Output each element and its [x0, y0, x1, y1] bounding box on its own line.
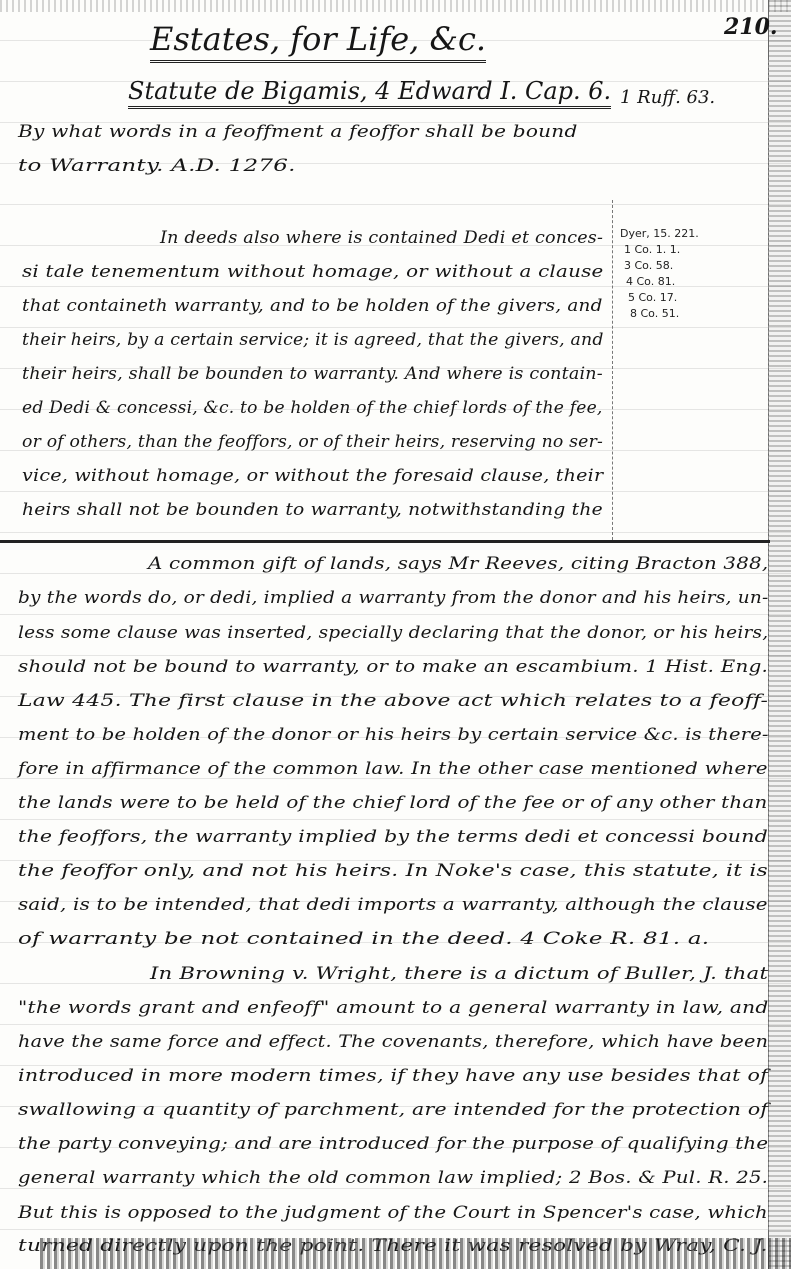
- text-line: of warranty be not contained in the deed…: [18, 929, 709, 949]
- text-line: Law 445. The first clause in the above a…: [18, 691, 768, 711]
- page-title: Estates, for Life, &c.: [150, 20, 486, 63]
- text-line: "the words grant and enfeoff" amount to …: [18, 998, 769, 1018]
- text-line: the lands were to be held of the chief l…: [18, 793, 768, 813]
- text-line: fore in affirmance of the common law. In…: [18, 759, 768, 779]
- marginal-citations: Dyer, 15. 221. 1 Co. 1. 1. 3 Co. 58. 4 C…: [620, 226, 699, 322]
- manuscript-page: 210. Estates, for Life, &c. Statute de B…: [0, 0, 791, 1269]
- text-line: In Browning v. Wright, there is a dictum…: [150, 964, 768, 984]
- statute-heading: Statute de Bigamis, 4 Edward I. Cap. 6.: [128, 77, 611, 109]
- section-divider: [0, 540, 770, 543]
- text-line: have the same force and effect. The cove…: [18, 1032, 768, 1052]
- text-line: or of others, than the feoffors, or of t…: [22, 432, 603, 452]
- text-line: vice, without homage, or without the for…: [22, 466, 603, 486]
- scan-edge-top: [0, 0, 791, 12]
- page-number: 210.: [724, 14, 778, 40]
- text-line: the feoffor only, and not his heirs. In …: [18, 861, 768, 881]
- citation: Dyer, 15. 221.: [620, 226, 699, 242]
- text-line: si tale tenementum without homage, or wi…: [22, 262, 603, 282]
- text-line: their heirs, shall be bounden to warrant…: [22, 364, 603, 384]
- text-line: But this is opposed to the judgment of t…: [18, 1203, 768, 1223]
- text-line: In deeds also where is contained Dedi et…: [160, 228, 603, 248]
- text-line: their heirs, by a certain service; it is…: [22, 330, 604, 350]
- text-line: ment to be holden of the donor or his he…: [18, 725, 769, 745]
- text-line: less some clause was inserted, specially…: [18, 623, 768, 643]
- text-line: the feoffors, the warranty implied by th…: [18, 827, 768, 847]
- statute-reference: 1 Ruff. 63.: [620, 87, 715, 108]
- text-line: swallowing a quantity of parchment, are …: [18, 1100, 768, 1120]
- text-line: by the words do, or dedi, implied a warr…: [18, 588, 768, 608]
- margin-rule: [612, 200, 613, 540]
- citation: 3 Co. 58.: [620, 258, 699, 274]
- margin-rule-right: [768, 60, 769, 1230]
- text-line: the party conveying; and are introduced …: [18, 1134, 768, 1154]
- text-line: introduced in more modern times, if they…: [18, 1066, 768, 1086]
- text-line: heirs shall not be bounden to warranty, …: [22, 500, 603, 520]
- citation: 5 Co. 17.: [620, 290, 699, 306]
- scan-edge-right: [768, 0, 791, 1269]
- text-line: that containeth warranty, and to be hold…: [22, 296, 603, 316]
- text-line: By what words in a feoffment a feoffor s…: [18, 122, 578, 142]
- citation: 8 Co. 51.: [620, 306, 699, 322]
- citation: 1 Co. 1. 1.: [620, 242, 699, 258]
- text-line: said, is to be intended, that dedi impor…: [18, 895, 768, 915]
- scan-edge-bottom: [40, 1238, 791, 1269]
- text-line: ed Dedi & concessi, &c. to be holden of …: [22, 398, 603, 418]
- text-line: general warranty which the old common la…: [18, 1168, 768, 1188]
- citation: 4 Co. 81.: [620, 274, 699, 290]
- text-line: should not be bound to warranty, or to m…: [18, 657, 768, 677]
- text-line: to Warranty. A.D. 1276.: [18, 156, 296, 176]
- text-line: A common gift of lands, says Mr Reeves, …: [148, 554, 768, 574]
